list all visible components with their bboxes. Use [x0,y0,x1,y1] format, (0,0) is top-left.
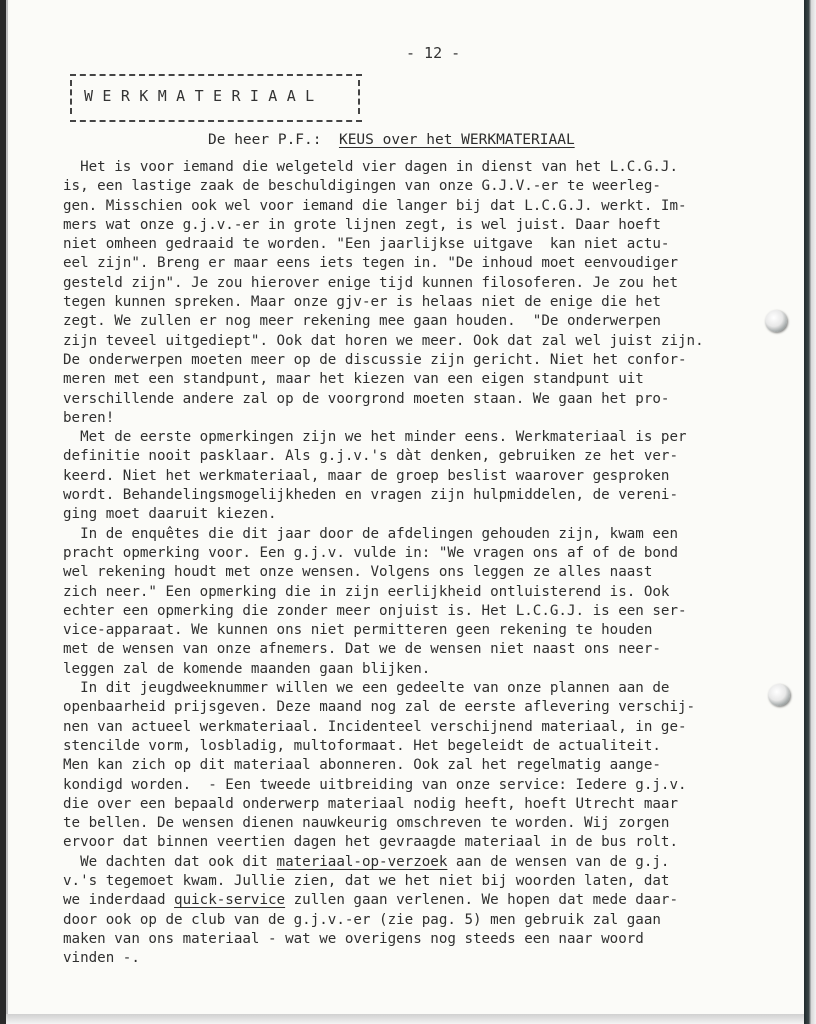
underlined-term: materiaal-op-verzoek [277,854,448,870]
article-title: KEUS over het WERKMATERIAAL [339,132,575,148]
section-title: WERKMATERIAAL [84,87,324,105]
text-line: wel rekening houdt met onze wensen. Volg… [63,563,803,582]
document-page: - 12 - WERKMATERIAAL De heer P.F.: KEUS … [6,0,806,1018]
text-line: kondigd worden. - Een tweede uitbreiding… [63,776,803,795]
text-line: definitie nooit pasklaar. Als g.j.v.'s d… [63,447,803,466]
text-line: In de enquêtes die dit jaar door de afde… [63,525,803,544]
text-line: gen. Misschien ook wel voor iemand die l… [63,197,803,216]
text-line: door ook op de club van de g.j.v.-er (zi… [63,911,803,930]
text-line: openbaarheid prijsgeven. Deze maand nog … [63,698,803,717]
text-line: wordt. Behandelingsmogelijkheden en vrag… [63,486,803,505]
text-line: De onderwerpen moeten meer op de discuss… [63,351,803,370]
text-line: Men kan zich op dit materiaal abonneren.… [63,756,803,775]
text-line: is, een lastige zaak de beschuldigingen … [63,177,803,196]
text-line: In dit jeugdweeknummer willen we een ged… [63,679,803,698]
text-line: tegen kunnen spreken. Maar onze gjv-er i… [63,293,803,312]
text-line: meren met een standpunt, maar het kiezen… [63,370,803,389]
text-line: leggen zal de komende maanden gaan blijk… [63,660,803,679]
page-binding-edge [804,0,816,1024]
text-line: ging moet daaruit kiezen. [63,505,803,524]
page-number: - 12 - [406,44,460,62]
text-line: vinden -. [63,949,803,968]
text-line: zijn teveel uitgediept". Ook dat horen w… [63,332,803,351]
text-line: pracht opmerking voor. Een g.j.v. vulde … [63,544,803,563]
article-body: Het is voor iemand die welgeteld vier da… [63,158,803,968]
text-line: Met de eerste opmerkingen zijn we het mi… [63,428,803,447]
text-line: Het is voor iemand die welgeteld vier da… [63,158,803,177]
byline-author: De heer P.F.: [208,132,322,148]
text-line: beren! [63,409,803,428]
page-bottom-edge [6,1014,804,1024]
text-line: die over een bepaald onderwerp materiaal… [63,795,803,814]
underlined-term: quick-service [174,892,285,908]
text-line: We dachten dat ook dit materiaal-op-verz… [63,853,803,872]
text-line: te bellen. De wensen dienen nauwkeurig o… [63,814,803,833]
text-line: mers wat onze g.j.v.-er in grote lijnen … [63,216,803,235]
text-line: verschillende andere zal op de voorgrond… [63,390,803,409]
punch-hole-icon [765,310,787,332]
text-line: eel zijn". Breng er maar eens iets tegen… [63,254,803,273]
text-line: keerd. Niet het werkmateriaal, maar de g… [63,467,803,486]
text-line: gesteld zijn". Je zou hierover enige tij… [63,274,803,293]
text-line: zegt. We zullen er nog meer rekening mee… [63,312,803,331]
punch-hole-icon [768,684,790,706]
text-line: niet omheen gedraaid te worden. "Een jaa… [63,235,803,254]
text-line: met de wensen van onze afnemers. Dat we … [63,640,803,659]
article-byline: De heer P.F.: KEUS over het WERKMATERIAA… [208,132,575,148]
text-line: zich neer." Een opmerking die in zijn ee… [63,583,803,602]
text-line: stencilde vorm, losbladig, multoformaat.… [63,737,803,756]
text-line: maken van ons materiaal - wat we overige… [63,930,803,949]
text-line: nen van actueel werkmateriaal. Incidente… [63,718,803,737]
text-line: vice-apparaat. We kunnen ons niet permit… [63,621,803,640]
text-line: we inderdaad quick-service zullen gaan v… [63,891,803,910]
text-line: ervoor dat binnen veertien dagen het gev… [63,833,803,852]
text-line: echter een opmerking die zonder meer onj… [63,602,803,621]
section-header-box: WERKMATERIAAL [70,74,362,122]
text-line: v.'s tegemoet kwam. Jullie zien, dat we … [63,872,803,891]
